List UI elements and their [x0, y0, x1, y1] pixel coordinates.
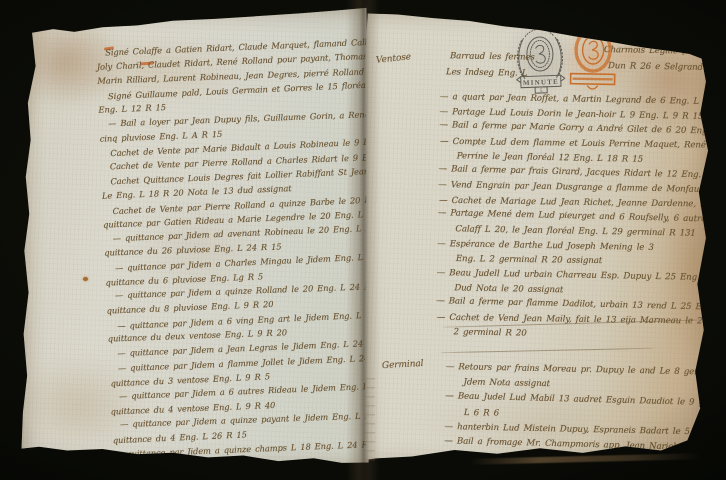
- orange-control-stamp: [567, 22, 618, 93]
- germinal-section-handwriting: — Retours par frains Moreau pr. Dupuy le…: [444, 360, 726, 457]
- photo-background: Signé Colaffe a Gatien Ridart, Claude Ma…: [0, 0, 726, 480]
- minute-revenue-stamp: MINUTE 5: [510, 19, 571, 95]
- manuscript-line: Charmois Legille paré le: [604, 45, 714, 57]
- margin-note-ventose: Ventose: [376, 52, 412, 66]
- section-divider-line: [440, 348, 654, 353]
- underlying-sheet-edge: [470, 453, 700, 465]
- manuscript-line: Dun R 26 e Selgrand: [608, 61, 703, 73]
- stamp-figure: [589, 41, 599, 59]
- stamp-crown: [585, 24, 601, 30]
- stamp-figure: [536, 45, 546, 63]
- stamp-crown: [534, 25, 546, 29]
- minute-stamp-label: MINUTE: [523, 78, 559, 87]
- rust-spot: [83, 277, 88, 281]
- right-page-handwriting: — a quart par Jean Roffet, a Martin Legr…: [435, 90, 726, 346]
- right-page: Ventose Germinal Barraud les fermes Char…: [362, 8, 718, 468]
- margin-note-germinal: Germinal: [382, 359, 424, 371]
- left-page: Signé Colaffe a Gatien Ridart, Claude Ma…: [18, 6, 370, 468]
